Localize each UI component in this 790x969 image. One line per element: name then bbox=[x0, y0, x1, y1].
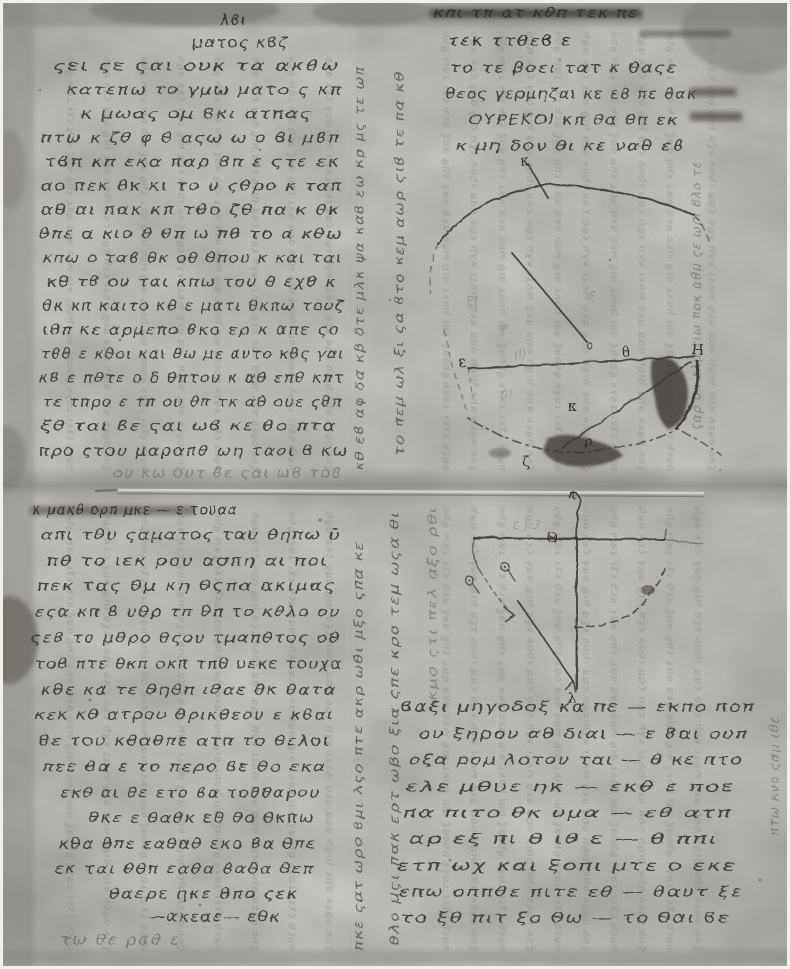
manuscript-canvas: οπερ εχει ταλν θροαξ σπι μοντ αιθ ωπο ακ… bbox=[0, 0, 790, 969]
photo-grain bbox=[0, 0, 790, 969]
palimpsest-photo: οπερ εχει ταλν θροαξ σπι μοντ αιθ ωπο ακ… bbox=[0, 0, 790, 969]
